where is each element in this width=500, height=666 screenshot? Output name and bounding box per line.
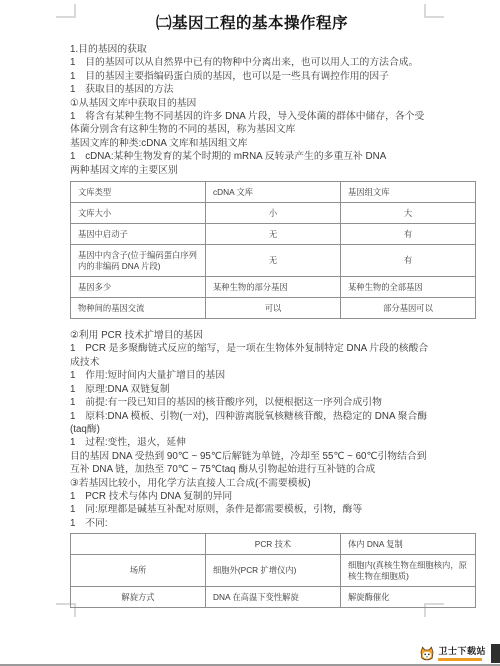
doc-line: 两种基因文库的主要区别 xyxy=(70,164,434,177)
table-row: 基因多少 某种生物的部分基因 某种生物的全部基因 xyxy=(71,277,476,298)
table-cell: 部分基因可以 xyxy=(341,298,476,319)
doc-line: 1 目的基因主要指编码蛋白质的基因，也可以是一些具有调控作用的因子 xyxy=(70,70,434,83)
doc-line: 1 cDNA:某种生物发育的某个时期的 mRNA 反转录产生的多重互补 DNA xyxy=(70,150,434,163)
table-row: 文库类型 cDNA 文库 基因组文库 xyxy=(71,182,476,203)
doc-line: 1 不同: xyxy=(70,517,434,530)
table-cell: 细胞内(真核生物在细胞核内，原核生物在细胞质) xyxy=(341,555,476,587)
doc-line: ③若基因比较小，用化学方法直接人工合成(不需要模板) xyxy=(70,477,434,490)
table-row: PCR 技术 体内 DNA 复制 xyxy=(71,534,476,555)
table-cell: PCR 技术 xyxy=(206,534,341,555)
table-row: 物种间的基因交流 可以 部分基因可以 xyxy=(71,298,476,319)
watermark-site-name: 卫士下载站 xyxy=(438,646,486,656)
doc-line: 1.目的基因的获取 xyxy=(70,43,434,56)
library-comparison-table: 文库类型 cDNA 文库 基因组文库 文库大小 小 大 基因中启动子 无 有 基… xyxy=(70,181,476,319)
doc-line: 1 作用:短时间内大量扩增目的基因 xyxy=(70,369,434,382)
doc-line: 1 目的基因可以从自然界中已有的物种中分离出来，也可以用人工的方法合成。 xyxy=(70,56,434,69)
table-cell: 有 xyxy=(341,245,476,277)
table-cell: 小 xyxy=(206,203,341,224)
table-cell: 体内 DNA 复制 xyxy=(341,534,476,555)
watermark-subtext-bar xyxy=(438,658,482,661)
table-cell: 解旋酶催化 xyxy=(341,587,476,608)
doc-line: 1 同:原理都是碱基互补配对原则，条件是都需要模板，引物，酶等 xyxy=(70,503,434,516)
doc-line: 目的基因 DNA 受热到 90℃ ~ 95℃后解链为单链，冷却至 55℃ ~ 6… xyxy=(70,450,434,477)
doc-line: 1 PCR 是多聚酶链式反应的缩写，是一项在生物体外复制特定 DNA 片段的核酸… xyxy=(70,342,434,369)
table-cell: 基因中内含子(位于编码蛋白序列内的非编码 DNA 片段) xyxy=(71,245,206,277)
table-cell: 细胞外(PCR 扩增仪内) xyxy=(206,555,341,587)
table-cell: 基因组文库 xyxy=(341,182,476,203)
table-cell: 无 xyxy=(206,224,341,245)
doc-line: 1 原料:DNA 模板、引物(一对)，四种游离脱氧核糖核苷酸，热稳定的 DNA … xyxy=(70,410,434,437)
doc-line: 1 将含有某种生物不同基因的许多 DNA 片段，导入受体菌的群体中储存，各个受体… xyxy=(70,110,434,137)
doc-line: 1 原理:DNA 双链复制 xyxy=(70,383,434,396)
table-cell: 物种间的基因交流 xyxy=(71,298,206,319)
table-cell: cDNA 文库 xyxy=(206,182,341,203)
table-cell: 无 xyxy=(206,245,341,277)
document-content: ㈡基因工程的基本操作程序 1.目的基因的获取 1 目的基因可以从自然界中已有的物… xyxy=(70,13,434,608)
doc-line: 1 过程:变性，退火，延伸 xyxy=(70,436,434,449)
doc-line: 1 PCR 技术与体内 DNA 复制的异同 xyxy=(70,490,434,503)
watermark-badge: 卫士下载站 xyxy=(416,643,500,664)
doc-line: 1 获取目的基因的方法 xyxy=(70,83,434,96)
doc-line: 基因文库的种类:cDNA 文库和基因组文库 xyxy=(70,137,434,150)
table-row: 基因中内含子(位于编码蛋白序列内的非编码 DNA 片段) 无 有 xyxy=(71,245,476,277)
table-row: 文库大小 小 大 xyxy=(71,203,476,224)
table-cell: 基因中启动子 xyxy=(71,224,206,245)
table-cell: 基因多少 xyxy=(71,277,206,298)
table-cell: 有 xyxy=(341,224,476,245)
table-cell: 可以 xyxy=(206,298,341,319)
table-cell: 解旋方式 xyxy=(71,587,206,608)
document-page: ㈡基因工程的基本操作程序 1.目的基因的获取 1 目的基因可以从自然界中已有的物… xyxy=(0,0,500,666)
doc-line: 1 前提:有一段已知目的基因的核苷酸序列，以便根据这一序列合成引物 xyxy=(70,396,434,409)
doc-line: ①从基因文库中获取目的基因 xyxy=(70,97,434,110)
watermark-end-block xyxy=(491,644,500,663)
pcr-comparison-table: PCR 技术 体内 DNA 复制 场所 细胞外(PCR 扩增仪内) 细胞内(真核… xyxy=(70,533,476,608)
doc-line: ②利用 PCR 技术扩增目的基因 xyxy=(70,329,434,342)
table-row: 场所 细胞外(PCR 扩增仪内) 细胞内(真核生物在细胞核内，原核生物在细胞质) xyxy=(71,555,476,587)
table-row: 基因中启动子 无 有 xyxy=(71,224,476,245)
table-cell: 场所 xyxy=(71,555,206,587)
page-title: ㈡基因工程的基本操作程序 xyxy=(70,13,434,35)
table-cell: 大 xyxy=(341,203,476,224)
table-cell: 文库大小 xyxy=(71,203,206,224)
mascot-icon xyxy=(419,646,435,662)
table-cell xyxy=(71,534,206,555)
table-cell: DNA 在高温下变性解旋 xyxy=(206,587,341,608)
table-row: 解旋方式 DNA 在高温下变性解旋 解旋酶催化 xyxy=(71,587,476,608)
table-cell: 文库类型 xyxy=(71,182,206,203)
table-cell: 某种生物的全部基因 xyxy=(341,277,476,298)
table-cell: 某种生物的部分基因 xyxy=(206,277,341,298)
